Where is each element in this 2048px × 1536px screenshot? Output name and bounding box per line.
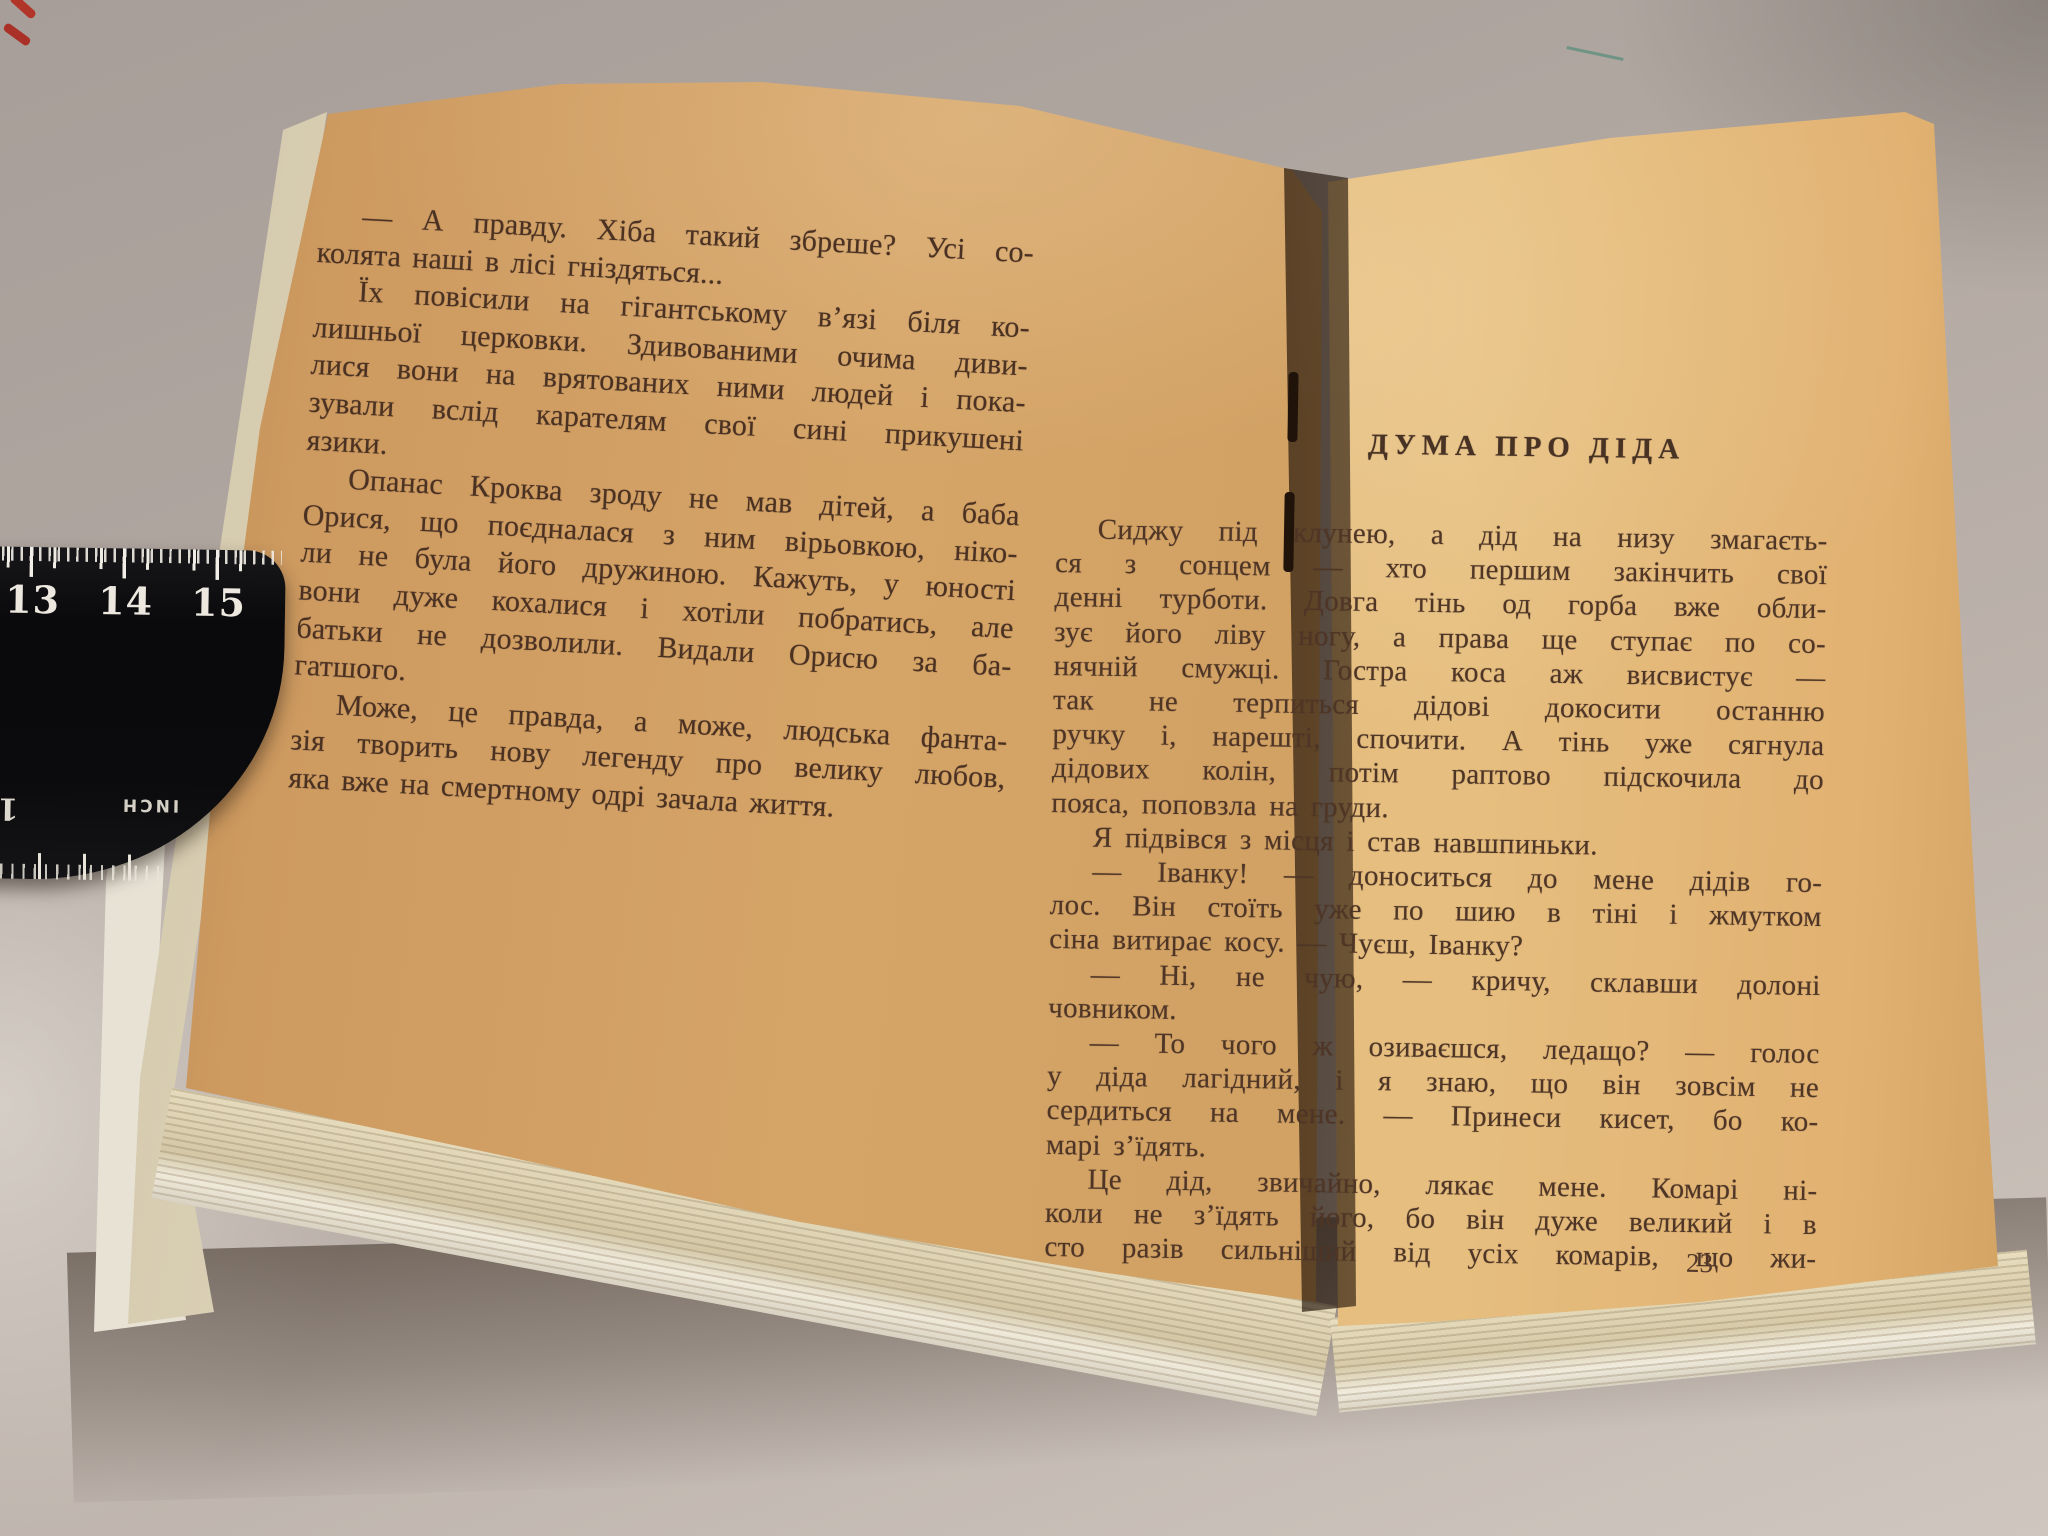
ruler-cm-number: 15 [191,579,244,625]
left-page-text: — А правду. Хіба такий збреше? Усі со-ко… [287,196,1034,835]
right-page-text: Сиджу під клунею, а дід на низу змагаєть… [1044,512,1828,1277]
book-photo: — А правду. Хіба такий збреше? Усі со-ко… [0,0,2048,1536]
ruler-inch-label: INCH [120,794,180,815]
ruler-cm-number: 13 [5,577,58,623]
ruler-inch-scale [0,846,159,881]
spine-stitch [1287,372,1298,442]
ruler-inch-number: 1 [0,790,19,825]
ruler-cm-number: 14 [98,578,151,624]
chapter-title: ДУМА ПРО ДІДА [1368,429,1686,467]
page-number: 23 [1686,1248,1713,1279]
